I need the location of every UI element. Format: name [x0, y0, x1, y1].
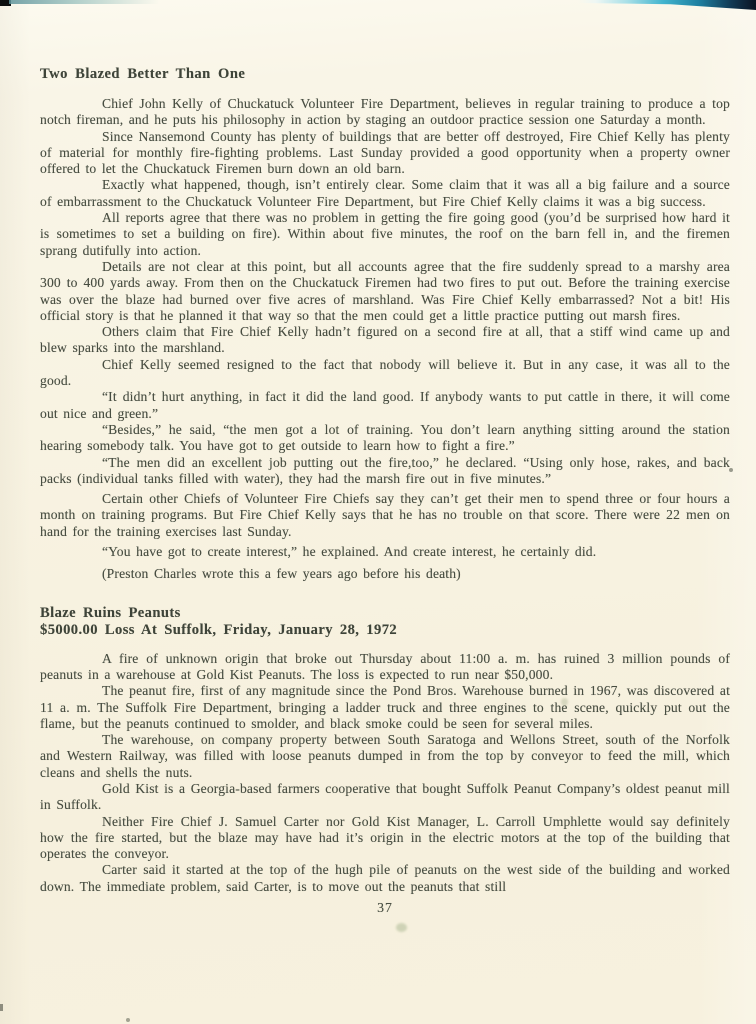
paragraph: Carter said it started at the top of the… [40, 862, 730, 895]
paragraph: A fire of unknown origin that broke out … [40, 651, 730, 684]
article2-subtitle: $5000.00 Loss At Suffolk, Friday, Januar… [40, 622, 730, 639]
paragraph: Since Nansemond County has plenty of bui… [40, 129, 730, 178]
paragraph: All reports agree that there was no prob… [40, 210, 730, 259]
article2-heading: Blaze Ruins Peanuts $5000.00 Loss At Suf… [40, 605, 730, 639]
article2-body: A fire of unknown origin that broke out … [40, 651, 730, 895]
scanned-document-page: Two Blazed Better Than One Chief John Ke… [0, 0, 756, 1024]
paragraph: Chief John Kelly of Chuckatuck Volunteer… [40, 96, 730, 129]
scan-speck [0, 1004, 3, 1011]
paragraph: “It didn’t hurt anything, in fact it did… [40, 389, 730, 422]
paragraph: “The men did an excellent job putting ou… [40, 455, 730, 488]
page-content: Two Blazed Better Than One Chief John Ke… [0, 0, 756, 916]
paragraph: Certain other Chiefs of Volunteer Fire C… [40, 491, 730, 540]
page-number: 37 [40, 900, 730, 916]
paragraph: The warehouse, on company property betwe… [40, 732, 730, 781]
paragraph: Gold Kist is a Georgia-based farmers coo… [40, 781, 730, 814]
paragraph: Others claim that Fire Chief Kelly hadn’… [40, 324, 730, 357]
paragraph: “Besides,” he said, “the men got a lot o… [40, 422, 730, 455]
paragraph: The peanut fire, first of any magnitude … [40, 683, 730, 732]
paragraph: Chief Kelly seemed resigned to the fact … [40, 357, 730, 390]
scan-speck [126, 1018, 130, 1022]
article1-attribution: (Preston Charles wrote this a few years … [40, 566, 730, 582]
paragraph: Neither Fire Chief J. Samuel Carter nor … [40, 814, 730, 863]
paragraph: Exactly what happened, though, isn’t ent… [40, 177, 730, 210]
scan-speck [396, 923, 407, 932]
article2-title: Blaze Ruins Peanuts [40, 605, 730, 622]
paragraph: “You have got to create interest,” he ex… [40, 544, 730, 560]
article1-title: Two Blazed Better Than One [40, 66, 730, 83]
paragraph: Details are not clear at this point, but… [40, 259, 730, 324]
